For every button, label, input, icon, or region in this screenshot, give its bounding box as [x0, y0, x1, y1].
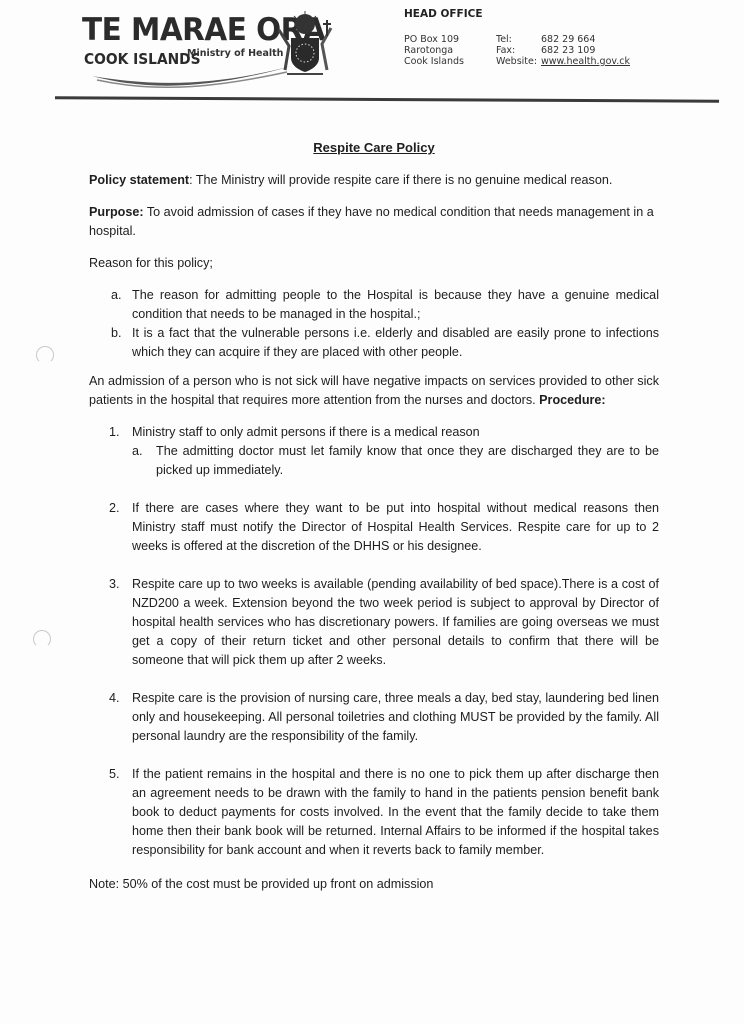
header-divider: [55, 96, 719, 102]
list-item: a.The reason for admitting people to the…: [89, 286, 659, 324]
policy-statement-text: : The Ministry will provide respite care…: [189, 173, 612, 187]
tel-label: Tel:: [496, 34, 541, 45]
list-item-text: It is a fact that the vulnerable persons…: [132, 326, 659, 359]
coat-of-arms-icon: [275, 10, 335, 82]
list-marker: a.: [111, 286, 122, 305]
list-marker: 1.: [109, 423, 120, 442]
procedure-item: 2.If there are cases where they want to …: [89, 499, 659, 556]
sub-list-item: a.The admitting doctor must let family k…: [132, 442, 659, 480]
list-item-text: The reason for admitting people to the H…: [132, 288, 659, 321]
head-office-info: HEAD OFFICE PO Box 109 Rarotonga Cook Is…: [404, 8, 630, 67]
list-marker: 5.: [109, 765, 120, 784]
list-marker: b.: [111, 324, 122, 343]
punch-hole-icon: [33, 630, 51, 648]
contact-labels: Tel: Fax: Website:: [496, 34, 541, 67]
reasons-list: a.The reason for admitting people to the…: [89, 286, 659, 362]
procedure-item: 3.Respite care up to two weeks is availa…: [89, 575, 659, 670]
logo-ministry: Ministry of Health: [187, 48, 283, 59]
cost-note: Note: 50% of the cost must be provided u…: [89, 875, 659, 894]
procedure-item: 1. Ministry staff to only admit persons …: [89, 423, 659, 480]
list-marker: 3.: [109, 575, 120, 594]
address: PO Box 109 Rarotonga Cook Islands: [404, 34, 496, 67]
list-marker: 2.: [109, 499, 120, 518]
swoosh-icon: [92, 62, 292, 92]
procedure-list: 1. Ministry staff to only admit persons …: [89, 423, 659, 860]
procedure-text: Respite care up to two weeks is availabl…: [132, 577, 659, 667]
list-marker: 4.: [109, 689, 120, 708]
procedure-text: Ministry staff to only admit persons if …: [132, 425, 480, 439]
purpose-text: To avoid admission of cases if they have…: [89, 205, 654, 238]
policy-statement-label: Policy statement: [89, 173, 189, 187]
procedure-sub-list: a.The admitting doctor must let family k…: [132, 442, 659, 480]
procedure-text: If there are cases where they want to be…: [132, 501, 659, 553]
procedure-item: 4.Respite care is the provision of nursi…: [89, 689, 659, 746]
list-marker: a.: [132, 442, 143, 461]
office-title: HEAD OFFICE: [404, 8, 630, 20]
contact-values: 682 29 664 682 23 109 www.health.gov.ck: [541, 34, 630, 67]
website-link[interactable]: www.health.gov.ck: [541, 56, 630, 67]
website-label: Website:: [496, 56, 541, 67]
procedure-text: If the patient remains in the hospital a…: [132, 767, 659, 857]
list-item: b.It is a fact that the vulnerable perso…: [89, 324, 659, 362]
sub-item-text: The admitting doctor must let family kno…: [156, 444, 659, 477]
purpose: Purpose: To avoid admission of cases if …: [89, 203, 659, 241]
tel-number: 682 29 664: [541, 34, 630, 45]
reason-heading: Reason for this policy;: [89, 254, 659, 273]
purpose-label: Purpose:: [89, 205, 144, 219]
punch-hole-icon: [36, 346, 54, 364]
policy-statement: Policy statement: The Ministry will prov…: [89, 171, 659, 190]
address-line: PO Box 109: [404, 34, 496, 45]
fax-label: Fax:: [496, 45, 541, 56]
procedure-text: Respite care is the provision of nursing…: [132, 691, 659, 743]
document-title: Respite Care Policy: [89, 138, 659, 157]
impact-paragraph: An admission of a person who is not sick…: [89, 372, 659, 410]
scanned-page: TE MARAE ORA COOK ISLANDS Ministry of He…: [0, 0, 744, 1024]
procedure-label: Procedure:: [539, 393, 606, 407]
address-line: Rarotonga: [404, 45, 496, 56]
procedure-item: 5.If the patient remains in the hospital…: [89, 765, 659, 860]
policy-document: Respite Care Policy Policy statement: Th…: [89, 138, 659, 907]
address-line: Cook Islands: [404, 56, 496, 67]
fax-number: 682 23 109: [541, 45, 630, 56]
